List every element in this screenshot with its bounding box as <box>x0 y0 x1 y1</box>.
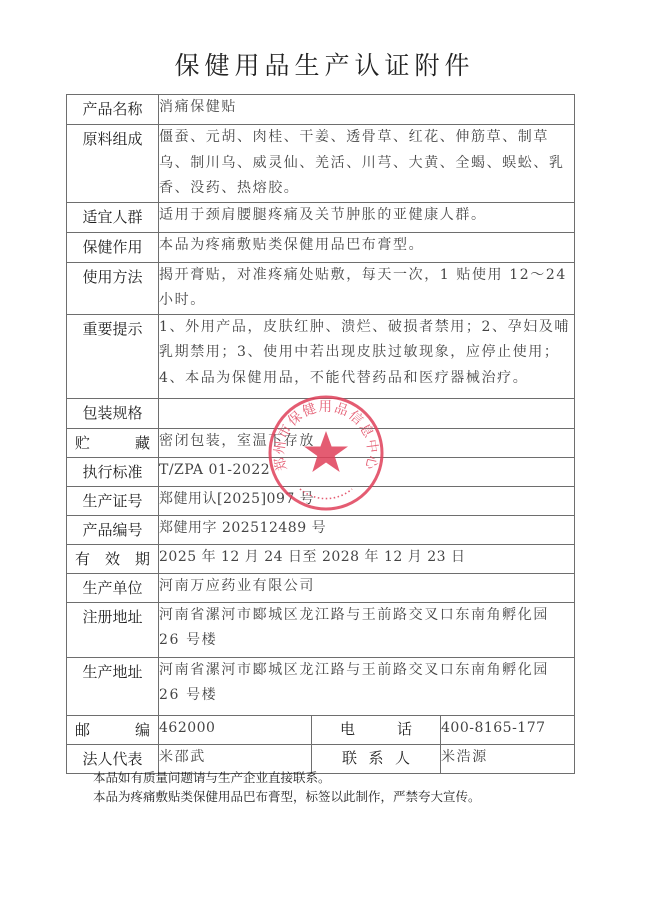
label-postcode: 邮编 <box>67 715 159 744</box>
label-phone: 电话 <box>312 715 441 744</box>
row-health-function: 保健作用 本品为疼痛敷贴类保健用品巴布膏型。 <box>67 232 575 262</box>
value-registered-address: 河南省漯河市郾城区龙江路与王前路交叉口东南角孵化园 26 号楼 <box>159 602 575 657</box>
note-quality-contact: 本品如有质量问题请与生产企业直接联系。 <box>93 768 481 787</box>
label-standard: 执行标准 <box>67 457 159 486</box>
value-manufacturer: 河南万应药业有限公司 <box>159 573 575 602</box>
label-product-name: 产品名称 <box>67 95 159 125</box>
label-registered-address: 注册地址 <box>67 602 159 657</box>
row-validity: 有效期 2025 年 12 月 24 日至 2028 年 12 月 23 日 <box>67 544 575 573</box>
label-target-group: 适宜人群 <box>67 202 159 232</box>
row-usage: 使用方法 揭开膏贴，对准疼痛处贴敷，每天一次，1 贴使用 12～24 小时。 <box>67 262 575 314</box>
label-ingredients: 原料组成 <box>67 125 159 203</box>
row-storage: 贮 藏 密闭包装，室温下存放 <box>67 428 575 457</box>
label-production-address: 生产地址 <box>67 657 159 715</box>
label-validity: 有效期 <box>67 544 159 573</box>
value-production-cert: 郑健用认[2025]097 号 <box>159 486 575 515</box>
label-product-number: 产品编号 <box>67 515 159 544</box>
value-validity: 2025 年 12 月 24 日至 2028 年 12 月 23 日 <box>159 544 575 573</box>
row-important-notice: 重要提示 1、外用产品，皮肤红肿、溃烂、破损者禁用；2、孕妇及哺乳期禁用；3、使… <box>67 314 575 398</box>
row-production-address: 生产地址 河南省漯河市郾城区龙江路与王前路交叉口东南角孵化园 26 号楼 <box>67 657 575 715</box>
note-label-warning: 本品为疼痛敷贴类保健用品巴布膏型，标签以此制作，严禁夸大宣传。 <box>93 787 481 806</box>
value-packaging <box>159 398 575 428</box>
value-production-address: 河南省漯河市郾城区龙江路与王前路交叉口东南角孵化园 26 号楼 <box>159 657 575 715</box>
row-standard: 执行标准 T/ZPA 01-2022 <box>67 457 575 486</box>
label-manufacturer: 生产单位 <box>67 573 159 602</box>
row-packaging: 包装规格 <box>67 398 575 428</box>
row-production-cert: 生产证号 郑健用认[2025]097 号 <box>67 486 575 515</box>
label-storage: 贮 藏 <box>67 428 159 457</box>
value-important-notice: 1、外用产品，皮肤红肿、溃烂、破损者禁用；2、孕妇及哺乳期禁用；3、使用中若出现… <box>159 314 575 398</box>
row-target-group: 适宜人群 适用于颈肩腰腿疼痛及关节肿胀的亚健康人群。 <box>67 202 575 232</box>
label-health-function: 保健作用 <box>67 232 159 262</box>
value-standard: T/ZPA 01-2022 <box>159 457 575 486</box>
label-production-cert: 生产证号 <box>67 486 159 515</box>
value-target-group: 适用于颈肩腰腿疼痛及关节肿胀的亚健康人群。 <box>159 202 575 232</box>
value-postcode: 462000 <box>159 715 312 744</box>
value-phone: 400-8165-177 <box>441 715 575 744</box>
certification-table: 产品名称 消痛保健贴 原料组成 僵蚕、元胡、肉桂、干姜、透骨草、红花、伸筋草、制… <box>66 94 575 774</box>
label-important-notice: 重要提示 <box>67 314 159 398</box>
value-ingredients: 僵蚕、元胡、肉桂、干姜、透骨草、红花、伸筋草、制草乌、制川乌、威灵仙、羌活、川芎… <box>159 125 575 203</box>
row-product-number: 产品编号 郑健用字 202512489 号 <box>67 515 575 544</box>
row-registered-address: 注册地址 河南省漯河市郾城区龙江路与王前路交叉口东南角孵化园 26 号楼 <box>67 602 575 657</box>
row-product-name: 产品名称 消痛保健贴 <box>67 95 575 125</box>
footer-notes: 本品如有质量问题请与生产企业直接联系。 本品为疼痛敷贴类保健用品巴布膏型，标签以… <box>93 768 481 806</box>
row-manufacturer: 生产单位 河南万应药业有限公司 <box>67 573 575 602</box>
label-packaging: 包装规格 <box>67 398 159 428</box>
value-health-function: 本品为疼痛敷贴类保健用品巴布膏型。 <box>159 232 575 262</box>
row-postcode-phone: 邮编 462000 电话 400-8165-177 <box>67 715 575 744</box>
value-product-name: 消痛保健贴 <box>159 95 575 125</box>
document-title: 保健用品生产认证附件 <box>0 46 649 82</box>
label-usage: 使用方法 <box>67 262 159 314</box>
value-product-number: 郑健用字 202512489 号 <box>159 515 575 544</box>
row-ingredients: 原料组成 僵蚕、元胡、肉桂、干姜、透骨草、红花、伸筋草、制草乌、制川乌、威灵仙、… <box>67 125 575 203</box>
value-storage: 密闭包装，室温下存放 <box>159 428 575 457</box>
value-usage: 揭开膏贴，对准疼痛处贴敷，每天一次，1 贴使用 12～24 小时。 <box>159 262 575 314</box>
